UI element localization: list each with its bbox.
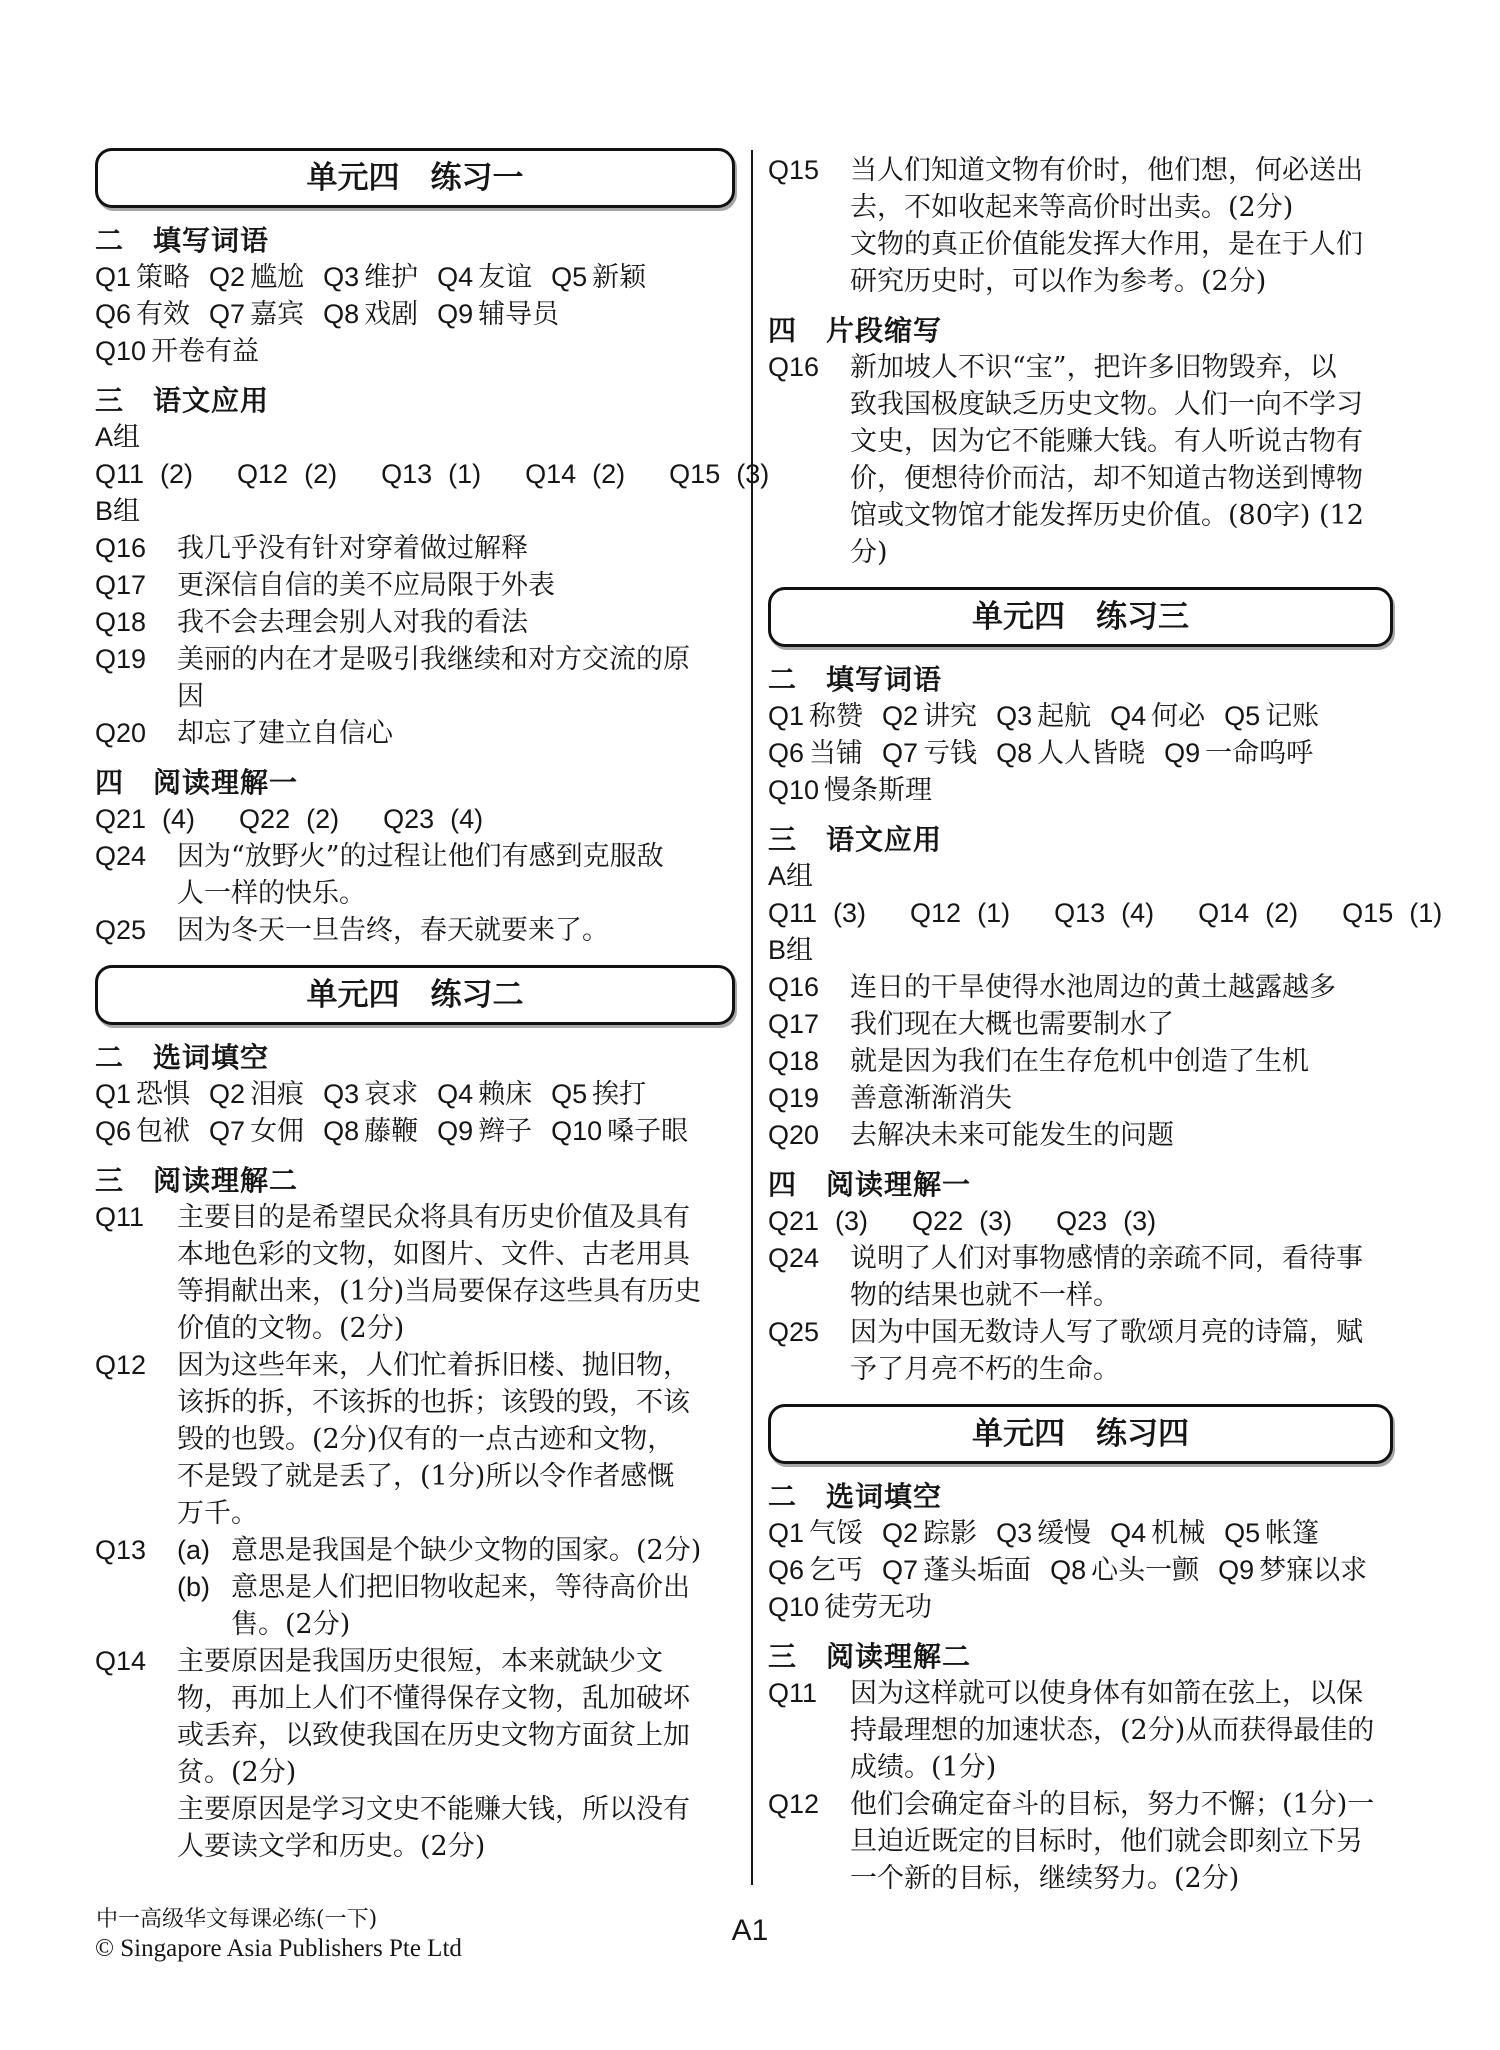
q-label: Q8 (323, 299, 359, 329)
answer-line: 就是因为我们在生存危机中创造了生机 (850, 1043, 1393, 1080)
qa-item: Q24因为“放野火”的过程让他们有感到克服敌人一样的快乐。 (95, 838, 735, 912)
answer-text: 美丽的内在才是吸引我继续和对方交流的原因 (177, 641, 735, 715)
choice-item: Q21(4) (95, 804, 195, 835)
footer-copyright: © Singapore Asia Publishers Pte Ltd (95, 1934, 462, 1964)
choice-item: Q11(2) (95, 459, 193, 490)
fill-pair: Q9辅导员 (437, 299, 559, 330)
answer-word: 机械 (1151, 1518, 1205, 1549)
q-label: Q4 (1110, 1518, 1146, 1548)
answer-line: 该拆的拆，不该拆的也拆；该毁的毁，不该 (177, 1384, 735, 1421)
qa-item: Q16新加坡人不识“宝”，把许多旧物毁弃，以致我国极度缺乏历史文物。人们一向不学… (768, 349, 1393, 571)
fill-pair: Q3缓慢 (996, 1518, 1091, 1549)
q-label: Q10 (551, 1116, 602, 1146)
choice-value: (3) (736, 459, 769, 489)
q-label: Q6 (768, 1555, 804, 1585)
q-label: Q11 (768, 1675, 850, 1786)
answer-text: 因为中国无数诗人写了歌颂月亮的诗篇，赋予了月亮不朽的生命。 (850, 1314, 1393, 1388)
answer-word: 亏钱 (923, 738, 977, 769)
fill-pair: Q1策略 (95, 262, 190, 293)
q-label: Q18 (95, 604, 177, 641)
choice-item: Q13(1) (381, 459, 481, 490)
q-label: Q23 (1056, 1206, 1107, 1236)
answer-line: 人要读文学和历史。(2分) (177, 1828, 735, 1865)
answer-word: 辅导员 (478, 299, 559, 330)
answer-word: 包袱 (136, 1116, 190, 1147)
section-heading: 二 填写词语 (768, 661, 1393, 698)
section-heading: 二 填写词语 (95, 222, 735, 259)
qa-item: Q16我几乎没有针对穿着做过解释 (95, 530, 735, 567)
answer-word: 起航 (1037, 701, 1091, 732)
q-label: Q12 (237, 459, 288, 489)
fill-pair: Q7女佣 (209, 1116, 304, 1147)
group-label: A组 (768, 858, 1393, 895)
answer-word: 缓慢 (1037, 1518, 1091, 1549)
answer-line: 去解决未来可能发生的问题 (850, 1117, 1393, 1154)
q-label: Q15 (669, 459, 720, 489)
q-label: Q6 (95, 1116, 131, 1146)
q-label: Q10 (768, 1592, 819, 1622)
fill-pair: Q6当铺 (768, 738, 863, 769)
choice-value: (1) (448, 459, 481, 489)
fill-pair: Q4赖床 (437, 1079, 532, 1110)
answer-word: 乞丐 (809, 1555, 863, 1586)
fill-answer-line: Q6乞丐Q7蓬头垢面Q8心头一颤Q9梦寐以求 (768, 1552, 1393, 1589)
q-label: Q11 (768, 898, 817, 928)
answer-word: 泪痕 (250, 1079, 304, 1110)
section-heading: 四 阅读理解一 (768, 1166, 1393, 1203)
fill-answer-line: Q6包袱Q7女佣Q8藤鞭Q9辫子Q10嗓子眼 (95, 1113, 735, 1150)
answer-word: 帐篷 (1265, 1518, 1319, 1549)
qa-item: Q25因为中国无数诗人写了歌颂月亮的诗篇，赋予了月亮不朽的生命。 (768, 1314, 1393, 1388)
q-label: Q9 (1218, 1555, 1254, 1585)
choice-item: Q22(3) (912, 1206, 1012, 1237)
choice-item: Q21(3) (768, 1206, 868, 1237)
qa-item: Q19善意渐渐消失 (768, 1080, 1393, 1117)
choice-item: Q14(2) (1198, 898, 1298, 929)
answer-word: 挨打 (592, 1079, 646, 1110)
group-label: A组 (95, 419, 735, 456)
choice-value: (4) (450, 804, 483, 834)
exercise-title: 单元四 练习一 (307, 160, 524, 195)
answer-text: 当人们知道文物有价时，他们想，何必送出去，不如收起来等高价时出卖。(2分)文物的… (850, 152, 1393, 300)
answer-word: 一命呜呼 (1205, 738, 1313, 769)
answer-line: 因为“放野火”的过程让他们有感到克服敌 (177, 838, 735, 875)
fill-pair: Q8人人皆晓 (996, 738, 1145, 769)
sub-answer: (b)意思是人们把旧物收起来，等待高价出售。(2分) (177, 1569, 735, 1643)
q-label: Q5 (1224, 1518, 1260, 1548)
q-label: Q16 (768, 349, 850, 571)
q-label: Q4 (1110, 701, 1146, 731)
answer-word: 辫子 (478, 1116, 532, 1147)
choice-item: Q15(1) (1342, 898, 1442, 929)
answer-line: 价，便想待价而沽，却不知道古物送到博物 (850, 460, 1393, 497)
answer-word: 称赞 (809, 701, 863, 732)
answer-line: 善意渐渐消失 (850, 1080, 1393, 1117)
answer-text: (a)意思是我国是个缺少文物的国家。(2分)(b)意思是人们把旧物收起来，等待高… (177, 1532, 735, 1643)
q-label: Q12 (910, 898, 961, 928)
answer-line: 连日的干旱使得水池周边的黄土越露越多 (850, 969, 1393, 1006)
fill-pair: Q10嗓子眼 (551, 1116, 688, 1147)
q-label: Q3 (323, 1079, 359, 1109)
fill-pair: Q5帐篷 (1224, 1518, 1319, 1549)
choice-row: Q11(3)Q12(1)Q13(4)Q14(2)Q15(1) (768, 895, 1393, 932)
answer-line: 我们现在大概也需要制水了 (850, 1006, 1393, 1043)
q-label: Q5 (551, 1079, 587, 1109)
answer-text: 因为这样就可以使身体有如箭在弦上，以保持最理想的加速状态，(2分)从而获得最佳的… (850, 1675, 1393, 1786)
q-label: Q14 (95, 1643, 177, 1865)
q-label: Q13 (95, 1532, 177, 1643)
answer-text: 善意渐渐消失 (850, 1080, 1393, 1117)
answer-line: 文史，因为它不能赚大钱。有人听说古物有 (850, 423, 1393, 460)
q-label: Q9 (437, 1116, 473, 1146)
answer-line: 贫。(2分) (177, 1754, 735, 1791)
fill-pair: Q9辫子 (437, 1116, 532, 1147)
answer-line: 馆或文物馆才能发挥历史价值。(80字) (12分) (850, 497, 1393, 571)
answer-text: 因为冬天一旦告终，春天就要来了。 (177, 912, 735, 949)
answer-text: 他们会确定奋斗的目标，努力不懈；(1分)一旦迫近既定的目标时，他们就会即刻立下另… (850, 1786, 1393, 1897)
choice-value: (3) (1123, 1206, 1156, 1236)
q-label: Q8 (323, 1116, 359, 1146)
answer-text: 因为这些年来，人们忙着拆旧楼、抛旧物，该拆的拆，不该拆的也拆；该毁的毁，不该毁的… (177, 1347, 735, 1532)
q-label: Q2 (209, 1079, 245, 1109)
fill-pair: Q4友谊 (437, 262, 532, 293)
choice-row: Q21(4)Q22(2)Q23(4) (95, 801, 735, 838)
fill-pair: Q9梦寐以求 (1218, 1555, 1367, 1586)
choice-item: Q23(4) (383, 804, 483, 835)
answer-line: 我几乎没有针对穿着做过解释 (177, 530, 735, 567)
answer-line: 售。(2分) (231, 1606, 735, 1643)
fill-answer-line: Q10徒劳无功 (768, 1589, 1393, 1626)
choice-row: Q11(2)Q12(2)Q13(1)Q14(2)Q15(3) (95, 456, 735, 493)
choice-value: (3) (979, 1206, 1012, 1236)
fill-answer-line: Q6有效Q7嘉宾Q8戏剧Q9辅导员 (95, 296, 735, 333)
answer-line: 等捐献出来，(1分)当局要保存这些具有历史 (177, 1273, 735, 1310)
answer-line: 旦迫近既定的目标时，他们就会即刻立下另 (850, 1823, 1393, 1860)
q-label: Q14 (525, 459, 576, 489)
q-label: Q4 (437, 1079, 473, 1109)
answer-text: 因为“放野火”的过程让他们有感到克服敌人一样的快乐。 (177, 838, 735, 912)
fill-pair: Q5新颖 (551, 262, 646, 293)
answer-word: 慢条斯理 (824, 775, 932, 806)
fill-pair: Q1称赞 (768, 701, 863, 732)
section-heading: 二 选词填空 (95, 1039, 735, 1076)
answer-line: 价值的文物。(2分) (177, 1310, 735, 1347)
answer-line: 研究历史时，可以作为参考。(2分) (850, 263, 1393, 300)
answer-word: 何必 (1151, 701, 1205, 732)
answer-line: 毁的也毁。(2分)仅有的一点古迹和文物， (177, 1421, 735, 1458)
answer-text: 却忘了建立自信心 (177, 715, 735, 752)
q-label: Q1 (95, 1079, 131, 1109)
answer-text: 我们现在大概也需要制水了 (850, 1006, 1393, 1043)
fill-pair: Q1气馁 (768, 1518, 863, 1549)
q-label: Q16 (768, 969, 850, 1006)
answer-key-page: 单元四 练习一二 填写词语Q1策略Q2尴尬Q3维护Q4友谊Q5新颖Q6有效Q7嘉… (0, 0, 1500, 2050)
answer-text: 连日的干旱使得水池周边的黄土越露越多 (850, 969, 1393, 1006)
answer-word: 藤鞭 (364, 1116, 418, 1147)
choice-value: (3) (833, 898, 866, 928)
left-column: 单元四 练习一二 填写词语Q1策略Q2尴尬Q3维护Q4友谊Q5新颖Q6有效Q7嘉… (95, 148, 735, 1865)
answer-line: 却忘了建立自信心 (177, 715, 735, 752)
answer-line: 因为这些年来，人们忙着拆旧楼、抛旧物， (177, 1347, 735, 1384)
q-label: Q15 (1342, 898, 1393, 928)
choice-value: (1) (1409, 898, 1442, 928)
answer-line: 或丢弃，以致使我国在历史文物方面贫上加 (177, 1717, 735, 1754)
q-label: Q7 (882, 738, 918, 768)
answer-word: 赖床 (478, 1079, 532, 1110)
exercise-header-box: 单元四 练习二 (95, 965, 735, 1025)
q-label: Q12 (768, 1786, 850, 1897)
answer-word: 嗓子眼 (607, 1116, 688, 1147)
answer-line: 主要原因是我国历史很短，本来就缺少文 (177, 1643, 735, 1680)
q-label: Q8 (996, 738, 1032, 768)
choice-row: Q21(3)Q22(3)Q23(3) (768, 1203, 1393, 1240)
q-label: Q12 (95, 1347, 177, 1532)
answer-text: 更深信自信的美不应局限于外表 (177, 567, 735, 604)
answer-text: 说明了人们对事物感情的亲疏不同，看待事物的结果也就不一样。 (850, 1240, 1393, 1314)
q-label: Q25 (768, 1314, 850, 1388)
fill-pair: Q10开卷有益 (95, 336, 259, 367)
answer-line: 本地色彩的文物，如图片、文件、古老用具 (177, 1236, 735, 1273)
fill-answer-line: Q1恐惧Q2泪痕Q3哀求Q4赖床Q5挨打 (95, 1076, 735, 1113)
section-heading: 三 语文应用 (768, 821, 1393, 858)
fill-answer-line: Q6当铺Q7亏钱Q8人人皆晓Q9一命呜呼 (768, 735, 1393, 772)
answer-text: 意思是人们把旧物收起来，等待高价出售。(2分) (231, 1569, 735, 1643)
answer-word: 哀求 (364, 1079, 418, 1110)
fill-answer-line: Q1称赞Q2讲究Q3起航Q4何必Q5记账 (768, 698, 1393, 735)
qa-item: Q13(a)意思是我国是个缺少文物的国家。(2分)(b)意思是人们把旧物收起来，… (95, 1532, 735, 1643)
q-label: Q7 (209, 1116, 245, 1146)
fill-pair: Q7嘉宾 (209, 299, 304, 330)
exercise-header-box: 单元四 练习四 (768, 1404, 1393, 1464)
answer-word: 讲究 (923, 701, 977, 732)
q-label: Q22 (239, 804, 290, 834)
answer-word: 尴尬 (250, 262, 304, 293)
exercise-title: 单元四 练习三 (972, 599, 1189, 634)
choice-value: (4) (162, 804, 195, 834)
fill-pair: Q2讲究 (882, 701, 977, 732)
sub-answer: (a)意思是我国是个缺少文物的国家。(2分) (177, 1532, 735, 1569)
answer-word: 当铺 (809, 738, 863, 769)
choice-item: Q11(3) (768, 898, 866, 929)
qa-item: Q20却忘了建立自信心 (95, 715, 735, 752)
qa-item: Q18就是因为我们在生存危机中创造了生机 (768, 1043, 1393, 1080)
qa-item: Q17更深信自信的美不应局限于外表 (95, 567, 735, 604)
qa-item: Q19美丽的内在才是吸引我继续和对方交流的原因 (95, 641, 735, 715)
choice-value: (2) (160, 459, 193, 489)
answer-word: 踪影 (923, 1518, 977, 1549)
answer-line: 致我国极度缺乏历史文物。人们一向不学习 (850, 386, 1393, 423)
answer-line: 文物的真正价值能发挥大作用，是在于人们 (850, 226, 1393, 263)
answer-line: 说明了人们对事物感情的亲疏不同，看待事 (850, 1240, 1393, 1277)
q-label: Q10 (95, 336, 146, 366)
answer-word: 梦寐以求 (1259, 1555, 1367, 1586)
fill-answer-line: Q1策略Q2尴尬Q3维护Q4友谊Q5新颖 (95, 259, 735, 296)
q-label: Q11 (95, 1199, 177, 1347)
answer-word: 徒劳无功 (824, 1592, 932, 1623)
fill-pair: Q6乞丐 (768, 1555, 863, 1586)
group-label: B组 (95, 493, 735, 530)
answer-line: 他们会确定奋斗的目标，努力不懈；(1分)一 (850, 1786, 1393, 1823)
fill-pair: Q7亏钱 (882, 738, 977, 769)
q-label: Q3 (996, 701, 1032, 731)
fill-pair: Q10慢条斯理 (768, 775, 932, 806)
q-label: Q17 (95, 567, 177, 604)
answer-line: 意思是我国是个缺少文物的国家。(2分) (231, 1532, 735, 1569)
answer-text: 我几乎没有针对穿着做过解释 (177, 530, 735, 567)
q-label: Q25 (95, 912, 177, 949)
fill-pair: Q6有效 (95, 299, 190, 330)
q-label: Q8 (1050, 1555, 1086, 1585)
q-label: Q21 (95, 804, 146, 834)
answer-word: 心头一颤 (1091, 1555, 1199, 1586)
answer-text: 意思是我国是个缺少文物的国家。(2分) (231, 1532, 735, 1569)
qa-item: Q15当人们知道文物有价时，他们想，何必送出去，不如收起来等高价时出卖。(2分)… (768, 152, 1393, 300)
answer-line: 因为中国无数诗人写了歌颂月亮的诗篇，赋 (850, 1314, 1393, 1351)
choice-value: (2) (306, 804, 339, 834)
q-label: Q20 (95, 715, 177, 752)
choice-value: (2) (304, 459, 337, 489)
q-label: Q24 (768, 1240, 850, 1314)
q-label: Q19 (768, 1080, 850, 1117)
fill-pair: Q8藤鞭 (323, 1116, 418, 1147)
section-heading: 二 选词填空 (768, 1478, 1393, 1515)
q-label: Q15 (768, 152, 850, 300)
fill-pair: Q2尴尬 (209, 262, 304, 293)
choice-item: Q12(1) (910, 898, 1010, 929)
qa-item: Q18我不会去理会别人对我的看法 (95, 604, 735, 641)
choice-item: Q12(2) (237, 459, 337, 490)
answer-word: 友谊 (478, 262, 532, 293)
fill-pair: Q5挨打 (551, 1079, 646, 1110)
answer-line: 持最理想的加速状态，(2分)从而获得最佳的 (850, 1712, 1393, 1749)
fill-pair: Q2踪影 (882, 1518, 977, 1549)
q-label: Q13 (381, 459, 432, 489)
answer-word: 蓬头垢面 (923, 1555, 1031, 1586)
fill-answer-line: Q10慢条斯理 (768, 772, 1393, 809)
q-label: Q13 (1054, 898, 1105, 928)
qa-item: Q11因为这样就可以使身体有如箭在弦上，以保持最理想的加速状态，(2分)从而获得… (768, 1675, 1393, 1786)
sub-label: (a) (177, 1532, 231, 1569)
answer-text: 去解决未来可能发生的问题 (850, 1117, 1393, 1154)
answer-word: 记账 (1265, 701, 1319, 732)
column-divider (751, 150, 753, 1885)
q-label: Q14 (1198, 898, 1249, 928)
answer-line: 主要原因是学习文史不能赚大钱，所以没有 (177, 1791, 735, 1828)
q-label: Q17 (768, 1006, 850, 1043)
answer-line: 人一样的快乐。 (177, 875, 735, 912)
choice-value: (2) (592, 459, 625, 489)
fill-pair: Q3哀求 (323, 1079, 418, 1110)
qa-item: Q11主要目的是希望民众将具有历史价值及具有本地色彩的文物，如图片、文件、古老用… (95, 1199, 735, 1347)
footer-series-title: 中一高级华文每课必练(一下) (96, 1906, 377, 1934)
q-label: Q5 (551, 262, 587, 292)
q-label: Q7 (882, 1555, 918, 1585)
fill-pair: Q10徒劳无功 (768, 1592, 932, 1623)
answer-text: 主要原因是我国历史很短，本来就缺少文物，再加上人们不懂得保存文物，乱加破坏或丢弃… (177, 1643, 735, 1865)
answer-line: 因为这样就可以使身体有如箭在弦上，以保 (850, 1675, 1393, 1712)
q-label: Q10 (768, 775, 819, 805)
section-heading: 四 阅读理解一 (95, 764, 735, 801)
fill-pair: Q1恐惧 (95, 1079, 190, 1110)
fill-pair: Q8戏剧 (323, 299, 418, 330)
answer-line: 予了月亮不朽的生命。 (850, 1351, 1393, 1388)
answer-line: 一个新的目标，继续努力。(2分) (850, 1860, 1393, 1897)
answer-text: 新加坡人不识“宝”，把许多旧物毁弃，以致我国极度缺乏历史文物。人们一向不学习文史… (850, 349, 1393, 571)
q-label: Q6 (768, 738, 804, 768)
choice-value: (1) (977, 898, 1010, 928)
q-label: Q1 (95, 262, 131, 292)
choice-item: Q13(4) (1054, 898, 1154, 929)
answer-word: 人人皆晓 (1037, 738, 1145, 769)
answer-line: 因为冬天一旦告终，春天就要来了。 (177, 912, 735, 949)
group-label: B组 (768, 932, 1393, 969)
q-label: Q6 (95, 299, 131, 329)
answer-word: 戏剧 (364, 299, 418, 330)
fill-pair: Q3维护 (323, 262, 418, 293)
choice-item: Q23(3) (1056, 1206, 1156, 1237)
sub-label: (b) (177, 1569, 231, 1643)
q-label: Q1 (768, 701, 804, 731)
answer-line: 新加坡人不识“宝”，把许多旧物毁弃，以 (850, 349, 1393, 386)
answer-word: 女佣 (250, 1116, 304, 1147)
q-label: Q22 (912, 1206, 963, 1236)
fill-pair: Q4机械 (1110, 1518, 1205, 1549)
q-label: Q23 (383, 804, 434, 834)
answer-word: 气馁 (809, 1518, 863, 1549)
fill-pair: Q9一命呜呼 (1164, 738, 1313, 769)
answer-word: 嘉宾 (250, 299, 304, 330)
q-label: Q2 (209, 262, 245, 292)
answer-line: 我不会去理会别人对我的看法 (177, 604, 735, 641)
fill-pair: Q4何必 (1110, 701, 1205, 732)
answer-line: 美丽的内在才是吸引我继续和对方交流的原 (177, 641, 735, 678)
page-number: A1 (695, 1914, 805, 1948)
fill-pair: Q5记账 (1224, 701, 1319, 732)
exercise-header-box: 单元四 练习一 (95, 148, 735, 208)
qa-item: Q12因为这些年来，人们忙着拆旧楼、抛旧物，该拆的拆，不该拆的也拆；该毁的毁，不… (95, 1347, 735, 1532)
exercise-title: 单元四 练习四 (972, 1416, 1189, 1451)
answer-line: 物，再加上人们不懂得保存文物，乱加破坏 (177, 1680, 735, 1717)
q-label: Q11 (95, 459, 144, 489)
q-label: Q5 (1224, 701, 1260, 731)
answer-line: 物的结果也就不一样。 (850, 1277, 1393, 1314)
q-label: Q20 (768, 1117, 850, 1154)
fill-answer-line: Q10开卷有益 (95, 333, 735, 370)
answer-line: 成绩。(1分) (850, 1749, 1393, 1786)
fill-pair: Q6包袱 (95, 1116, 190, 1147)
answer-word: 开卷有益 (151, 336, 259, 367)
answer-line: 当人们知道文物有价时，他们想，何必送出 (850, 152, 1393, 189)
qa-item: Q14主要原因是我国历史很短，本来就缺少文物，再加上人们不懂得保存文物，乱加破坏… (95, 1643, 735, 1865)
answer-line: 意思是人们把旧物收起来，等待高价出 (231, 1569, 735, 1606)
q-label: Q2 (882, 1518, 918, 1548)
answer-line: 去，不如收起来等高价时出卖。(2分) (850, 189, 1393, 226)
qa-item: Q16连日的干旱使得水池周边的黄土越露越多 (768, 969, 1393, 1006)
q-label: Q3 (996, 1518, 1032, 1548)
answer-word: 新颖 (592, 262, 646, 293)
answer-line: 更深信自信的美不应局限于外表 (177, 567, 735, 604)
q-label: Q21 (768, 1206, 819, 1236)
choice-value: (4) (1121, 898, 1154, 928)
fill-answer-line: Q1气馁Q2踪影Q3缓慢Q4机械Q5帐篷 (768, 1515, 1393, 1552)
answer-text: 就是因为我们在生存危机中创造了生机 (850, 1043, 1393, 1080)
exercise-title: 单元四 练习二 (307, 977, 524, 1012)
q-label: Q2 (882, 701, 918, 731)
q-label: Q9 (437, 299, 473, 329)
q-label: Q1 (768, 1518, 804, 1548)
answer-line: 不是毁了就是丢了，(1分)所以令作者感慨 (177, 1458, 735, 1495)
answer-line: 因 (177, 678, 735, 715)
